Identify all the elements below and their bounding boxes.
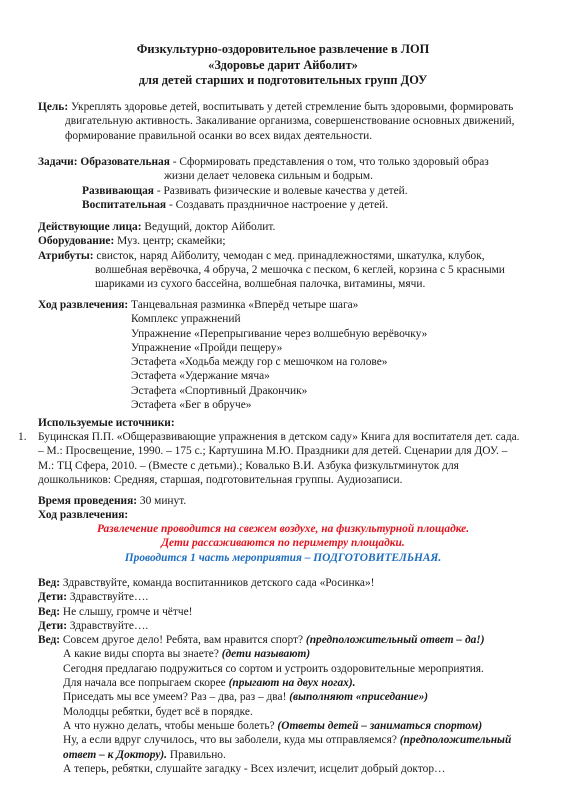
dialogue-line: Для начала все попрыгаем скорее (прыгают…	[38, 676, 538, 690]
task-educational-text: - Сформировать представления о том, что …	[170, 156, 489, 168]
program-item: Эстафета «Спортивный Дракончик»	[38, 384, 538, 398]
dialogue-line: Вед: Совсем другое дело! Ребята, вам нра…	[38, 633, 538, 647]
duration-section: Время проведения: 30 минут. Ход развлече…	[38, 494, 538, 523]
equipment-label: Оборудование:	[38, 235, 114, 247]
attributes-label: Атрибуты:	[38, 250, 94, 262]
attributes-line-2: волшебная верёвочка, 4 обруча, 2 мешочка…	[38, 263, 538, 277]
line-text: Сегодня предлагаю подружиться со сортом …	[63, 663, 484, 675]
speaker: Дети:	[38, 620, 67, 632]
line-text: Не слышу, громче и чётче!	[60, 606, 192, 618]
note-blue: Проводится 1 часть мероприятия – ПОДГОТО…	[0, 551, 566, 565]
equipment-value: Муз. центр; скамейки;	[114, 235, 225, 247]
program-item: Упражнение «Перепрыгивание через волшебн…	[38, 327, 538, 341]
characters-value: Ведущий, доктор Айболит.	[142, 221, 276, 233]
duration-label: Время проведения:	[38, 495, 137, 507]
speaker: Дети:	[38, 591, 67, 603]
program-section: Ход развлечения: Танцевальная разминка «…	[38, 298, 538, 412]
program-label: Ход развлечения:	[38, 299, 128, 311]
line-text: Здравствуйте….	[67, 620, 148, 632]
source-line: Буцинская П.П. «Общеразвивающие упражнен…	[38, 430, 538, 444]
stage-note: (Ответы детей – заниматься спортом)	[277, 720, 482, 732]
line-text: Для начала все попрыгаем скорее	[63, 677, 229, 689]
task-educational-name: Образовательная	[80, 156, 170, 168]
document-page: Физкультурно-оздоровительное развлечение…	[0, 0, 566, 800]
line-text: Приседать мы все умеем? Раз – два, раз –…	[63, 691, 289, 703]
task-developing-name: Развивающая	[82, 185, 154, 197]
program-item: Эстафета «Удержание мяча»	[38, 369, 538, 383]
sources-label: Используемые источники:	[38, 417, 175, 429]
source-number: 1.	[18, 430, 27, 444]
tasks-label: Задачи:	[38, 156, 78, 168]
line-text: Молодцы ребятки, будет всё в порядке.	[63, 706, 253, 718]
stage-note: (дети называют)	[222, 648, 310, 660]
line-text: Здравствуйте….	[67, 591, 148, 603]
tasks-section: Задачи: Образовательная - Сформировать п…	[38, 155, 538, 212]
line-text: Правильно.	[167, 749, 226, 761]
speaker: Вед:	[38, 634, 60, 646]
title-line-1: Физкультурно-оздоровительное развлечение…	[0, 42, 566, 58]
program-item: Эстафета «Ходьба между гор с мешочком на…	[38, 355, 538, 369]
characters-label: Действующие лица:	[38, 221, 142, 233]
task-developing-text: - Развивать физические и волевые качеств…	[154, 185, 408, 197]
source-line: дошкольников: Средняя, старшая, подготов…	[38, 473, 538, 487]
dialogue-line: Сегодня предлагаю подружиться со сортом …	[38, 662, 538, 676]
dialogue-line: Приседать мы все умеем? Раз – два, раз –…	[38, 690, 538, 704]
program-item: Эстафета «Бег в обруче»	[38, 398, 538, 412]
line-text: Совсем другое дело! Ребята, вам нравится…	[60, 634, 306, 646]
speaker: Вед:	[38, 606, 60, 618]
stage-note: (предположительный ответ – да!)	[306, 634, 485, 646]
line-text: Ну, а если вдруг случилось, что вы забол…	[63, 734, 400, 746]
sources-section: Используемые источники:	[38, 416, 538, 430]
task-upbringing-name: Воспитательная	[82, 199, 166, 211]
dialogue-line: ответ – к Доктору). Правильно.	[38, 748, 538, 762]
task-upbringing-text: - Создавать праздничное настроение у дет…	[166, 199, 388, 211]
dialogue-line: А что нужно делать, чтобы меньше болеть?…	[38, 719, 538, 733]
dialogue-line: Дети: Здравствуйте….	[38, 590, 538, 604]
line-text: А что нужно делать, чтобы меньше болеть?	[63, 720, 277, 732]
program-item: Комплекс упражнений	[38, 312, 538, 326]
speaker: Вед:	[38, 577, 60, 589]
dialogue-line: А теперь, ребятки, слушайте загадку - Вс…	[38, 762, 538, 776]
details-section: Действующие лица: Ведущий, доктор Айболи…	[38, 220, 538, 291]
attributes-line-3: шариками из сухого бассейна, волшебная п…	[38, 277, 538, 291]
document-title: Физкультурно-оздоровительное развлечение…	[0, 42, 566, 89]
stage-note: (выполняют «приседание»)	[289, 691, 428, 703]
notes-section: Развлечение проводится на свежем воздухе…	[0, 522, 566, 565]
note-red-1: Развлечение проводится на свежем воздухе…	[0, 522, 566, 536]
dialogue-line: Вед: Не слышу, громче и чётче!	[38, 605, 538, 619]
source-line: М.: ТЦ Сфера, 2010. – (Вместе с детьми).…	[38, 459, 538, 473]
dialogue-line: Вед: Здравствуйте, команда воспитанников…	[38, 576, 538, 590]
stage-note: ответ – к Доктору).	[63, 749, 167, 761]
dialogue-line: А какие виды спорта вы знаете? (дети наз…	[38, 647, 538, 661]
stage-note: (прыгают на двух ногах).	[229, 677, 356, 689]
title-line-2: «Здоровье дарит Айболит»	[0, 58, 566, 74]
note-red-2: Дети рассаживаются по периметру площадки…	[0, 536, 566, 550]
duration-value: 30 минут.	[137, 495, 186, 507]
goal-label: Цель:	[38, 101, 68, 113]
goal-text-1: Укреплять здоровье детей, воспитывать у …	[71, 101, 513, 113]
source-line: – М.: Просвещение, 1990. – 175 с.; Карту…	[38, 444, 538, 458]
goal-text-3: формирование правильной осанки во всех в…	[38, 129, 538, 143]
stage-note: (предположительный	[400, 734, 512, 746]
dialogue-line: Молодцы ребятки, будет всё в порядке.	[38, 705, 538, 719]
dialogue-section: Вед: Здравствуйте, команда воспитанников…	[38, 576, 538, 776]
dialogue-line: Дети: Здравствуйте….	[38, 619, 538, 633]
course-label: Ход развлечения:	[38, 509, 128, 521]
goal-section: Цель: Укреплять здоровье детей, воспитыв…	[38, 100, 538, 143]
title-line-3: для детей старших и подготовительных гру…	[0, 73, 566, 89]
source-item: Буцинская П.П. «Общеразвивающие упражнен…	[38, 430, 538, 487]
dialogue-line: Ну, а если вдруг случилось, что вы забол…	[38, 733, 538, 747]
line-text: Здравствуйте, команда воспитанников детс…	[60, 577, 374, 589]
program-item: Танцевальная разминка «Вперёд четыре шаг…	[131, 299, 358, 311]
task-educational-cont: жизни делает человека сильным и бодрым.	[38, 169, 538, 183]
line-text: А теперь, ребятки, слушайте загадку - Вс…	[63, 763, 445, 775]
line-text: А какие виды спорта вы знаете?	[63, 648, 222, 660]
attributes-line-1: свисток, наряд Айболиту, чемодан с мед. …	[96, 250, 484, 262]
goal-text-2: двигательную активность. Закаливание орг…	[38, 114, 538, 128]
program-item: Упражнение «Пройди пещеру»	[38, 341, 538, 355]
